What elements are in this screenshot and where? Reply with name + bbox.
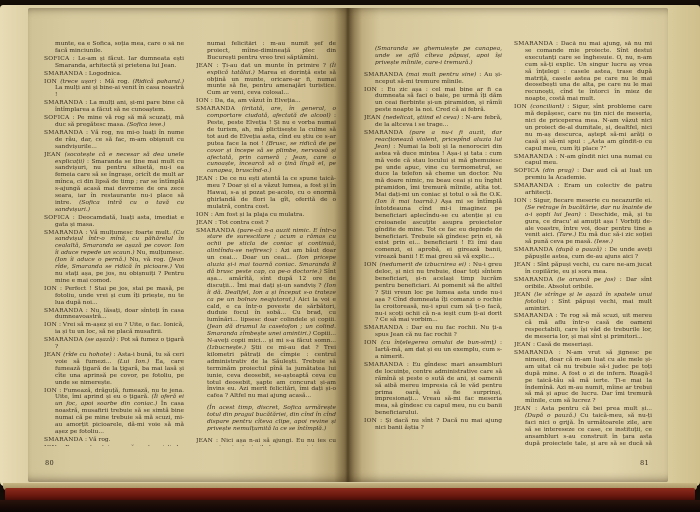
speaker-name: SMARANDA [514,277,553,283]
speaker-name: SMARANDA [514,183,553,189]
dialogue-paragraph: SMARANDA (pare a nu-i fi auzit, dar reac… [364,130,502,261]
dialogue-paragraph: JEAN (rîde cu hohote) : Asta-i bună, tu … [44,352,184,387]
speaker-name: ION [364,262,377,268]
dialogue-paragraph: ION : Dumneata stai așa, să nu te miști … [44,445,184,446]
dialogue-paragraph: SMARANDA (mai mult pentru sine) : Au și-… [364,72,502,86]
dialogue-paragraph: JEAN : Nici așa n-ai să ajungi. Eu nu ie… [196,438,336,446]
speaker-name: SMARANDA [196,228,235,234]
dialogue-paragraph: SMARANDA : Nu, lăsați, doar sînteți în c… [44,308,184,322]
dialogue-paragraph: ION : Și dacă nu sînt ? Dacă nu mai ajun… [364,418,502,432]
dialogue-paragraph: SMARANDA (se așază) : Pot să fumez o țig… [44,337,184,351]
dialogue-paragraph: ION : Sigur, fiecare meserie cu necazuri… [514,198,652,246]
dialogue-paragraph: SMARANDA (iritată, are, în general, o co… [196,106,336,175]
dialogue-paragraph: SMARANDA : Logodnica. [44,71,184,78]
page-right-81: (Smaranda se ghemuiește pe canapea, unde… [348,8,668,482]
dialogue-paragraph: ION : Am fost și la plaja cu mulatra. [196,212,336,219]
book-cover-shadow [0,500,700,512]
dialogue-paragraph: ION (nedumerit de izbucnirea ei) : Nu-i … [364,262,502,324]
speaker-name: JEAN [514,406,531,412]
speaker-name: SMARANDA [514,247,553,253]
speaker-name: JEAN [196,176,213,182]
inline-stage-direction: (nedelicat, știind el ceva) [383,115,459,121]
page-right-columns: (Smaranda se ghemuiește pe canapea, unde… [364,41,652,446]
speaker-name: SMARANDA [514,350,553,356]
inline-stage-direction: (nedumerit de izbucnirea ei) [379,262,466,268]
dialogue-paragraph: SOFICA : Le-am și făcut. Iar dumneata eș… [44,56,184,70]
speaker-name: SMARANDA [364,130,403,136]
dialogue-paragraph: ION (cu înțelegerea omului de bun-simț) … [364,340,502,361]
speaker-name: ION [364,87,377,93]
speaker-name: ION [196,212,209,218]
speaker-name: SMARANDA [364,362,403,368]
speaker-name: ION [44,445,57,446]
speaker-name: SOFICA [44,215,70,221]
inline-stage-direction: (cu înțelegerea omului de bun-simț) [381,340,496,346]
inline-stage-direction: (socotește că e necesar să dea unele exp… [55,152,184,165]
text-column-2: numai felicitări : m-au numit șef de pro… [196,41,336,446]
inline-stage-direction: (mai mult pentru sine) [406,72,476,78]
speaker-name: ION [44,322,57,328]
speaker-name: ION [44,79,57,85]
speaker-name: SOFICA [44,56,70,62]
speaker-name: JEAN [514,292,531,298]
stage-direction: (Smaranda se ghemuiește pe canapea, unde… [364,46,502,67]
speaker-name: JEAN [514,342,531,348]
speaker-name: JEAN [44,352,61,358]
dialogue-paragraph: SMARANDA : Vă rog. [44,437,184,444]
inline-stage-direction: (le aruncă pe jos) [557,277,616,283]
inline-stage-direction: (conciliant) [530,104,564,110]
dialogue-paragraph: JEAN (le strînge și le așază în spatele … [514,292,652,313]
dialogue-paragraph: SOFICA (din prag) : Dar aud că ai luat u… [514,168,652,182]
dialogue-paragraph: SMARANDA : Eram un colectiv de patru arh… [514,183,652,197]
speaker-name: SMARANDA [44,437,83,443]
speaker-name: SMARANDA [44,100,83,106]
speaker-name: SMARANDA [514,313,553,319]
dialogue-paragraph: SMARANDA (le aruncă pe jos) : Dar sînt o… [514,277,652,291]
dialogue-paragraph: JEAN : Asta pentru că bei prea mult și..… [514,406,652,446]
speaker-name: SOFICA [44,115,70,121]
dialogue-paragraph: SMARANDA : Vă rog, nu mi-o luați în nume… [44,130,184,151]
speaker-name: ION [44,286,57,292]
inline-stage-direction: (după o pauză) [556,247,602,253]
speaker-name: JEAN [514,262,531,268]
dialogue-paragraph: SMARANDA : La mulți ani, și-mi pare bine… [44,100,184,114]
dialogue-paragraph: SMARANDA : Te rog să mă scuzi, uit mereu… [514,313,652,341]
speaker-name: JEAN [44,152,61,158]
continued-paragraph: munte, ea e Sofica, soția mea, care o să… [44,41,184,55]
dialogue-paragraph: JEAN : Tot contra cost ? [196,220,336,227]
speaker-name: SOFICA [514,168,540,174]
speaker-name: ION [196,98,209,104]
speaker-name: SMARANDA [44,337,83,343]
dialogue-paragraph: SOFICA : Pe mine vă rog să mă scuzați, m… [44,115,184,129]
inline-stage-direction: (se așază) [85,337,115,343]
dialogue-paragraph: JEAN : Sînt păpuși vechi, cu care ne-am … [514,262,652,276]
text-column-3: (Smaranda se ghemuiește pe canapea, unde… [364,41,502,446]
dialogue-paragraph: JEAN (nedelicat, știind el ceva) : N-are… [364,115,502,129]
page-left-80: munte, ea e Sofica, soția mea, care o să… [28,8,348,482]
text-column-4: SMARANDA : Dacă nu mai ajung, să nu mi s… [514,41,652,446]
dialogue-paragraph: SMARANDA (pare-că n-a auzit nimic. E înt… [196,228,336,401]
dialogue-paragraph: ION : Da, da, am văzut în Elveția... [196,98,336,105]
speaker-name: ION [44,388,57,394]
dialogue-paragraph: SOFICA : Deocamdată, luați asta, imediat… [44,215,184,229]
dialogue-paragraph: SMARANDA : Dar eu nu fac rochii. Nu ți-a… [364,325,502,339]
speaker-name: SMARANDA [364,325,403,331]
speaker-name: SMARANDA [196,106,235,112]
speaker-name: SMARANDA [44,308,83,314]
dialogue-paragraph: ION (conciliant) : Sigur, sînt probleme … [514,104,652,152]
dialogue-paragraph: ION (trece ușor) : Mă rog. (Ridică pahar… [44,79,184,100]
dialogue-paragraph: ION : Fumează, drăguță, fumează, nu te j… [44,388,184,436]
dialogue-paragraph: SMARANDA (după o pauză) : De unde aveți … [514,247,652,261]
open-book-spread: munte, ea e Sofica, soția mea, care o să… [28,8,668,482]
speaker-name: SMARANDA [44,130,83,136]
speaker-name: ION [514,104,527,110]
stage-direction: (În acest timp, discret, Sofica urmăreșt… [196,405,336,433]
dialogue-paragraph: SMARANDA : Eu gîndesc mari ansambluri de… [364,362,502,417]
speaker-name: JEAN [196,220,213,226]
inline-stage-direction: (din prag) [543,168,574,174]
speaker-name: SMARANDA [514,41,553,47]
speaker-name: JEAN [196,63,213,69]
speaker-name: SMARANDA [44,71,83,77]
page-left-columns: munte, ea e Sofica, soția mea, care o să… [44,41,336,446]
speaker-name: JEAN [196,438,213,444]
speaker-name: JEAN [364,115,381,121]
page-number-left: 80 [45,459,54,467]
dialogue-paragraph: JEAN : Casă de meseriași. [514,342,652,349]
speaker-name: SMARANDA [514,154,553,160]
text-column-1: munte, ea e Sofica, soția mea, care o să… [44,41,184,446]
speaker-name: ION [514,198,527,204]
inline-stage-direction: (trece ușor) [60,79,96,85]
speaker-name: ION [364,340,377,346]
dialogue-paragraph: ION : Vrei să m-așez și eu ? Uite, o fac… [44,322,184,336]
dialogue-paragraph: SMARANDA : Vă mulțumesc foarte mult. (Cu… [44,230,184,285]
dialogue-paragraph: SMARANDA : N-am vrut să jignesc pe nimen… [514,350,652,405]
page-number-right: 81 [640,459,649,467]
dialogue-paragraph: JEAN (socotește că e necesar să dea unel… [44,152,184,214]
speaker-name: SMARANDA [364,72,403,78]
dialogue-paragraph: JEAN : Ți-au dat un munte în primire ? (… [196,63,336,98]
inline-stage-direction: (rîde cu hohote) [63,352,111,358]
dialogue-paragraph: ION : Eu zic așa : cel mai bine ar fi ca… [364,87,502,115]
speaker-name: SMARANDA [44,230,83,236]
dialogue-paragraph: SMARANDA : N-am gîndit nici una numai cu… [514,154,652,168]
dialogue-paragraph: JEAN : De ce nu ești atentă la ce spune … [196,176,336,211]
dialogue-paragraph: SMARANDA : Dacă nu mai ajung, să nu mi s… [514,41,652,103]
continued-paragraph: numai felicitări : m-au numit șef de pro… [196,41,336,62]
speaker-name: ION [364,418,377,424]
inline-stage-direction: (le strînge și le așază în spatele unui … [525,292,652,305]
dialogue-paragraph: ION : Perfect ! Stai pe jos, stai pe mas… [44,286,184,307]
